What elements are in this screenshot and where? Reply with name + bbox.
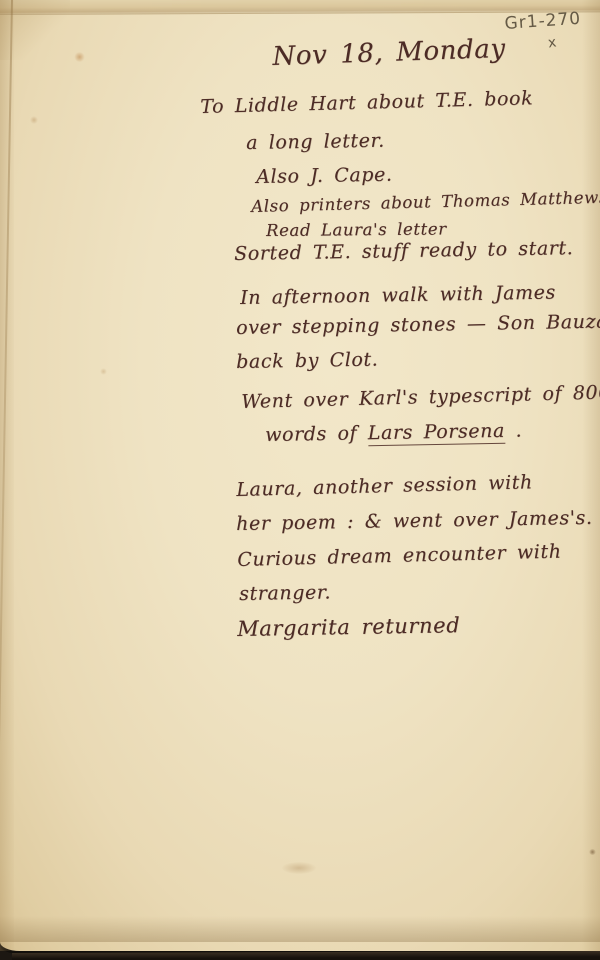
- diary-line-text: .: [505, 420, 523, 442]
- diary-line: her poem : & went over James's.: [236, 507, 593, 535]
- diary-line: Laura, another session with: [236, 471, 533, 501]
- diary-line: Also J. Cape.: [256, 164, 393, 188]
- diary-line: To Liddle Hart about T.E. book: [200, 87, 533, 118]
- diary-line: Curious dream encounter with: [237, 541, 562, 571]
- paper-bottom-edge-shading: [0, 916, 600, 942]
- diary-line: In afternoon walk with James: [240, 281, 556, 309]
- diary-line: Read Laura's letter: [266, 219, 447, 240]
- diary-line: over stepping stones — Son Bauza,: [236, 310, 600, 339]
- diary-page-scan: Gr1-270 x Nov 18, Monday To Liddle Hart …: [0, 0, 600, 951]
- diary-line: words of Lars Porsena .: [265, 420, 522, 446]
- underlined-book-title: Lars Porsena: [368, 420, 506, 446]
- foxing-smudge: [282, 862, 316, 874]
- date-heading: Nov 18, Monday: [272, 34, 506, 72]
- paper-right-edge-shading: [582, 0, 600, 951]
- diary-line: Went over Karl's typescript of 8000: [241, 381, 600, 413]
- diary-line: Also printers about Thomas Matthews: [251, 188, 600, 216]
- catalog-mark-x: x: [547, 35, 557, 52]
- catalog-mark: Gr1-270: [504, 9, 582, 34]
- diary-line: stranger.: [239, 581, 331, 605]
- diary-line: a long letter.: [246, 130, 385, 154]
- diary-line: Sorted T.E. stuff ready to start.: [234, 237, 574, 265]
- foxing-spot: [100, 368, 107, 375]
- scan-background-strip: [12, 951, 600, 960]
- diary-line-text: words of: [265, 422, 368, 446]
- diary-line: Margarita returned: [237, 613, 460, 641]
- foxing-spot: [30, 116, 38, 124]
- diary-line: back by Clot.: [236, 349, 379, 373]
- foxing-spot: [74, 52, 85, 62]
